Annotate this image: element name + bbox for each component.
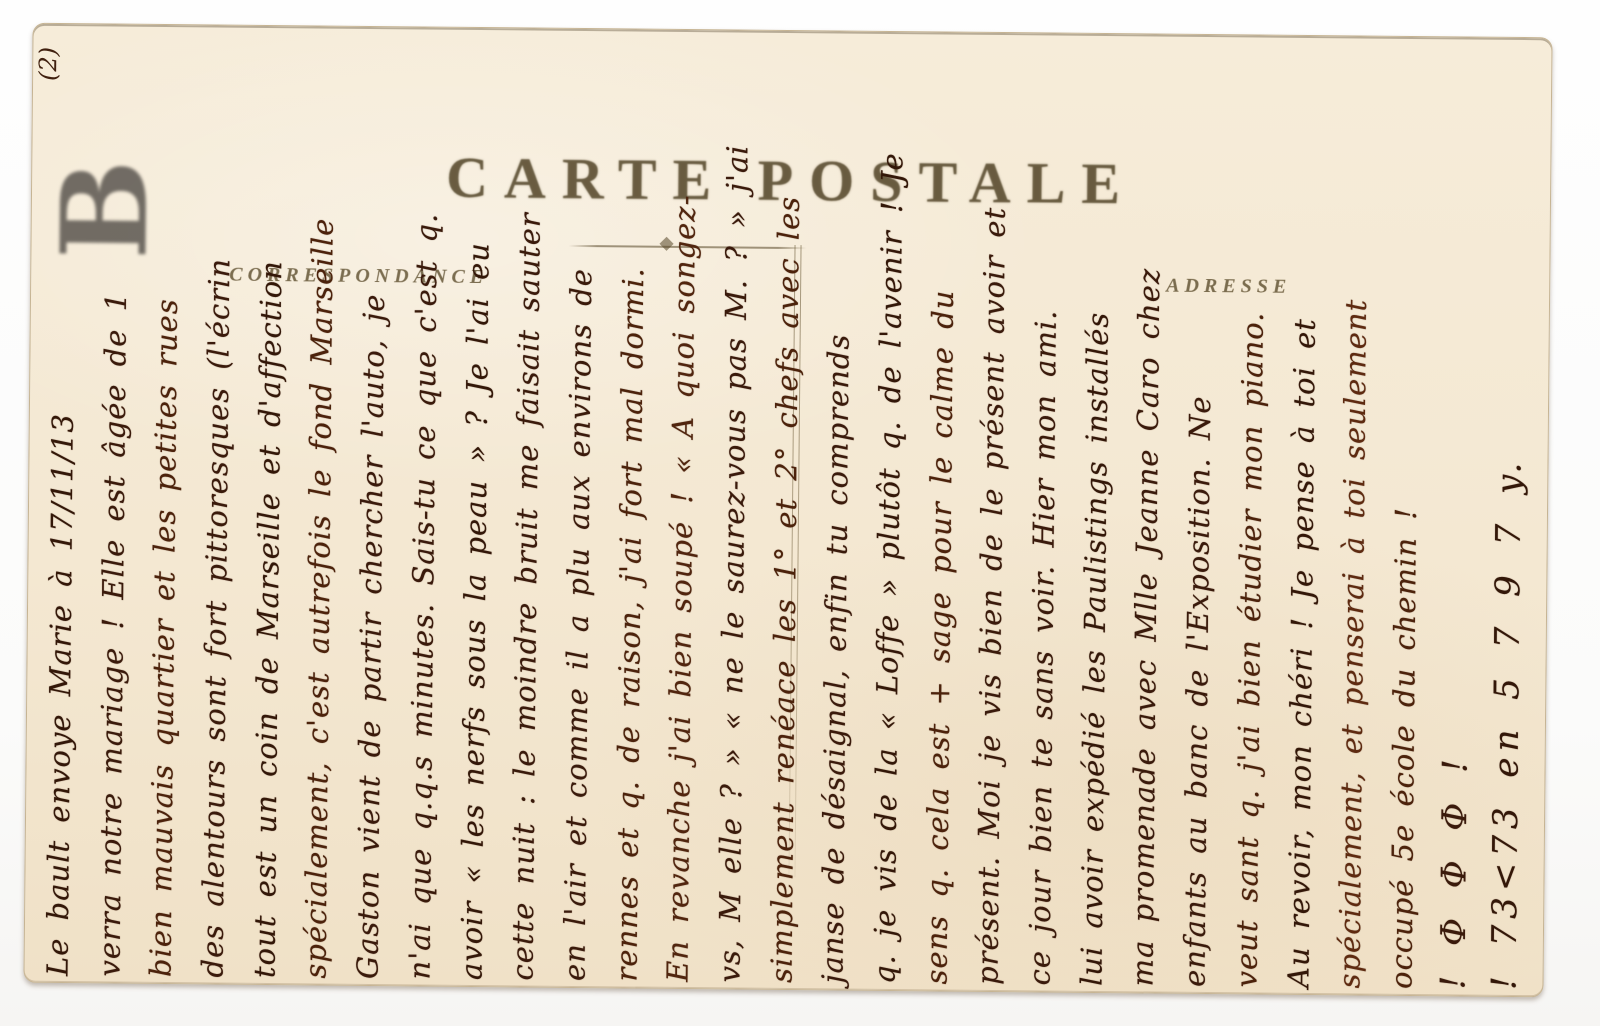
handwriting-line: Le bault envoye Marie à 17/11/13 [32,39,93,976]
handwriting-line: ce jour bien te sans voir. Hier mon ami. [1015,48,1076,985]
handwriting-line: spécialement, et penserai à toi seulemen… [1325,51,1386,988]
handwriting-line: bien mauvais quartier et les petites rue… [136,40,197,977]
handwriting-line: Gaston vient de partir chercher l'auto, … [343,42,404,979]
handwriting-line: Au revoir, mon chéri ! Je pense à toi et [1273,51,1334,988]
handwriting-line: q. je vis de la « Loffe » plutôt q. de l… [859,47,920,984]
handwriting-line: n'ai que q.q.s minutes. Sais-tu ce que c… [394,42,455,979]
handwriting-line: enfants au banc de l'Exposition. Ne [1170,50,1231,987]
handwriting-line: ma promenade avec Mlle Jeanne Caro chez [1118,49,1179,986]
handwriting-symbols-line: ! 73<73 en 5 7 9 7 y. [1480,53,1541,990]
handwriting-line: tout est un coin de Marseille et d'affec… [239,41,300,978]
handwriting-line: vs, M elle ? » « ne le saurez-vous pas M… [704,45,765,982]
handwritten-letter: Le bault envoye Marie à 17/11/13 verra n… [32,39,1543,990]
handwriting-line: cette nuit : le moindre bruit me faisait… [498,43,559,980]
handwriting-line: verra notre mariage ! Elle est âgée de 1 [84,39,145,976]
handwriting-line: rennes et q. de raison, j'ai fort mal do… [601,44,662,981]
handwriting-line: occupé 5e école du chemin ! [1376,52,1437,989]
handwriting-line: avoir « les nerfs sous la peau » ? Je l'… [446,43,507,980]
handwriting-line: simplement renéace les 1° et 2° chefs av… [756,46,817,983]
handwriting-symbols-line: ! Φ Φ Φ ! [1428,52,1489,989]
handwriting-line: En revanche j'ai bien soupé ! « A quoi s… [653,45,714,982]
handwriting-line: lui avoir expédié les Paulistings instal… [1066,49,1127,986]
handwriting-line: sens q. cela est + sage pour le calme du [911,47,972,984]
handwriting-line: veut sant q. j'ai bien étudier mon piano… [1221,50,1282,987]
handwriting-line: janse de désaignal, enfin tu comprends [808,46,869,983]
handwriting-line: spécialement, c'est autrefois le fond Ma… [291,41,352,978]
handwriting-line: présent. Moi je vis bien de le présent a… [963,48,1024,985]
handwriting-line: des alentours sont fort pittoresques (l'… [188,40,249,977]
postcard-scan: CARTE POSTALE CORRESPONDANCE ADRESSE B (… [0,0,1600,1026]
postcard: CARTE POSTALE CORRESPONDANCE ADRESSE B (… [23,23,1552,998]
handwriting-line: en l'air et comme il a plu aux environs … [549,44,610,981]
